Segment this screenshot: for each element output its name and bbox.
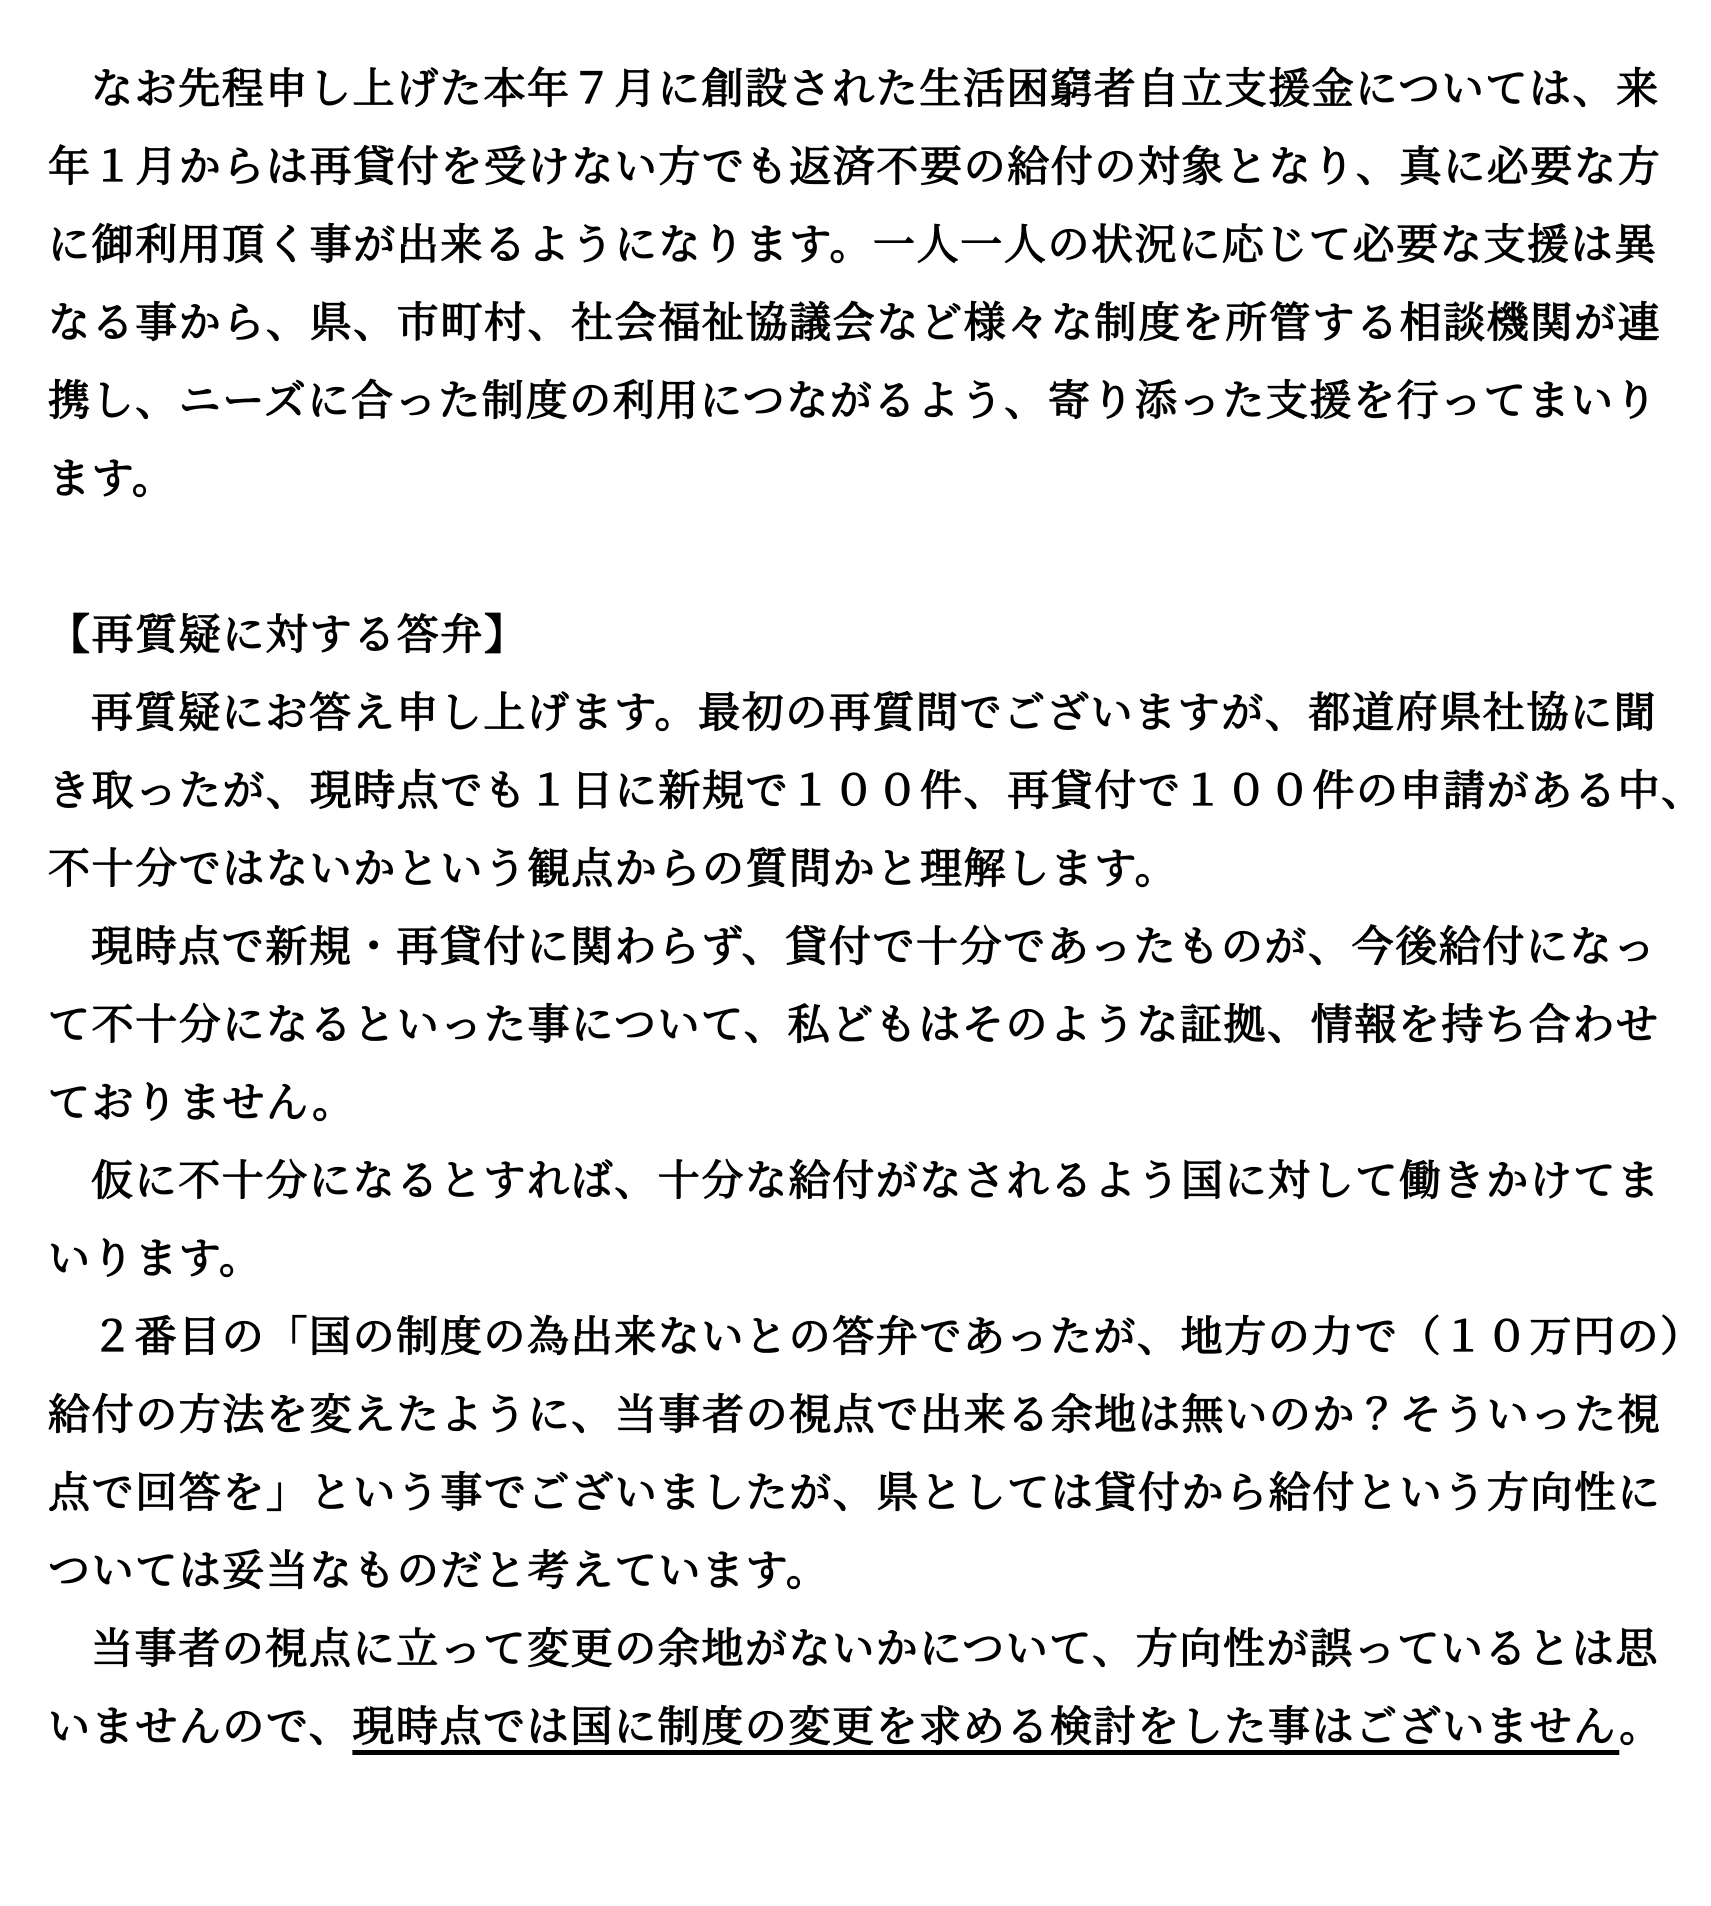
text-line: 【再質疑に対する答弁】: [48, 596, 1671, 674]
paragraph-support-fund: なお先程申し上げた本年７月に創設された生活困窮者自立支援金については、来年１月か…: [48, 50, 1671, 518]
text-segment: ます。: [48, 455, 175, 502]
text-segment: に御利用頂く事が出来るようになります。一人一人の状況に応じて必要な支援は異: [48, 221, 1658, 268]
text-line: なる事から、県、市町村、社会福祉協議会など様々な制度を所管する相談機関が連: [48, 284, 1671, 362]
text-segment: て不十分になるといった事について、私どもはそのような証拠、情報を持ち合わせ: [48, 1001, 1660, 1048]
text-line: いります。: [48, 1220, 1671, 1298]
section-heading-re-question: 【再質疑に対する答弁】: [48, 596, 1671, 674]
text-line: 携し、ニーズに合った制度の利用につながるよう、寄り添った支援を行ってまいり: [48, 362, 1671, 440]
text-line: 不十分ではないかという観点からの質問かと理解します。: [48, 830, 1671, 908]
text-segment: 仮に不十分になるとすれば、十分な給付がなされるよう国に対して働きかけてま: [91, 1157, 1661, 1204]
blank-line: [48, 518, 1671, 596]
document-page: なお先程申し上げた本年７月に創設された生活困窮者自立支援金については、来年１月か…: [0, 0, 1711, 1906]
text-segment: 携し、ニーズに合った制度の利用につながるよう、寄り添った支援を行ってまいり: [48, 377, 1658, 424]
text-line: き取ったが、現時点でも１日に新規で１００件、再貸付で１００件の申請がある中、: [48, 752, 1671, 830]
text-line: いませんので、現時点では国に制度の変更を求める検討をした事はございません。: [48, 1688, 1671, 1766]
text-line: に御利用頂く事が出来るようになります。一人一人の状況に応じて必要な支援は異: [48, 206, 1671, 284]
text-segment: なお先程申し上げた本年７月に創設された生活困窮者自立支援金については、来: [91, 65, 1660, 112]
text-segment: 。: [1619, 1703, 1663, 1750]
text-line: 当事者の視点に立って変更の余地がないかについて、方向性が誤っているとは思: [48, 1610, 1671, 1688]
text-line: ２番目の「国の制度の為出来ないとの答弁であったが、地方の力で（１０万円の）: [48, 1298, 1671, 1376]
text-line: 再質疑にお答え申し上げます。最初の再質問でございますが、都道府県社協に聞: [48, 674, 1671, 752]
text-segment: ２番目の「国の制度の為出来ないとの答弁であったが、地方の力で（１０万円の）: [91, 1313, 1704, 1360]
paragraph-second-question: ２番目の「国の制度の為出来ないとの答弁であったが、地方の力で（１０万円の）給付の…: [48, 1298, 1671, 1610]
text-segment: き取ったが、現時点でも１日に新規で１００件、再貸付で１００件の申請がある中、: [48, 767, 1705, 814]
paragraph-re-question-answer: 再質疑にお答え申し上げます。最初の再質問でございますが、都道府県社協に聞き取った…: [48, 674, 1671, 908]
text-line: ます。: [48, 440, 1671, 518]
text-line: なお先程申し上げた本年７月に創設された生活困窮者自立支援金については、来: [48, 50, 1671, 128]
text-line: ついては妥当なものだと考えています。: [48, 1532, 1671, 1610]
text-segment: 年１月からは再貸付を受けない方でも返済不要の給付の対象となり、真に必要な方: [48, 143, 1661, 190]
paragraph-conclusion: 当事者の視点に立って変更の余地がないかについて、方向性が誤っているとは思いません…: [48, 1610, 1671, 1766]
text-segment: 【再質疑に対する答弁】: [48, 611, 528, 658]
document-body: なお先程申し上げた本年７月に創設された生活困窮者自立支援金については、来年１月か…: [0, 0, 1711, 1766]
text-segment: 現時点で新規・再貸付に関わらず、貸付で十分であったものが、今後給付になっ: [91, 923, 1657, 970]
text-line: [48, 518, 1671, 596]
underlined-text: 現時点では国に制度の変更を求める検討をした事はございません: [352, 1703, 1619, 1750]
text-segment: ておりません。: [48, 1079, 356, 1126]
text-line: 現時点で新規・再貸付に関わらず、貸付で十分であったものが、今後給付になっ: [48, 908, 1671, 986]
text-segment: 当事者の視点に立って変更の余地がないかについて、方向性が誤っているとは思: [91, 1625, 1659, 1672]
text-segment: いります。: [48, 1235, 263, 1282]
text-segment: ついては妥当なものだと考えています。: [48, 1547, 829, 1594]
text-segment: いませんので、: [48, 1703, 352, 1750]
text-line: 給付の方法を変えたように、当事者の視点で出来る余地は無いのか？そういった視: [48, 1376, 1671, 1454]
text-segment: 再質疑にお答え申し上げます。最初の再質問でございますが、都道府県社協に聞: [91, 689, 1657, 736]
text-line: ておりません。: [48, 1064, 1671, 1142]
text-line: て不十分になるといった事について、私どもはそのような証拠、情報を持ち合わせ: [48, 986, 1671, 1064]
text-segment: なる事から、県、市町村、社会福祉協議会など様々な制度を所管する相談機関が連: [48, 299, 1661, 346]
text-line: 年１月からは再貸付を受けない方でも返済不要の給付の対象となり、真に必要な方: [48, 128, 1671, 206]
text-line: 点で回答を」という事でございましたが、県としては貸付から給付という方向性に: [48, 1454, 1671, 1532]
text-line: 仮に不十分になるとすれば、十分な給付がなされるよう国に対して働きかけてま: [48, 1142, 1671, 1220]
paragraph-no-evidence: 現時点で新規・再貸付に関わらず、貸付で十分であったものが、今後給付になって不十分…: [48, 908, 1671, 1142]
text-segment: 点で回答を」という事でございましたが、県としては貸付から給付という方向性に: [48, 1469, 1661, 1516]
paragraph-appeal-to-nation: 仮に不十分になるとすれば、十分な給付がなされるよう国に対して働きかけてまいります…: [48, 1142, 1671, 1298]
text-segment: 不十分ではないかという観点からの質問かと理解します。: [48, 845, 1178, 892]
text-segment: 給付の方法を変えたように、当事者の視点で出来る余地は無いのか？そういった視: [48, 1391, 1661, 1438]
